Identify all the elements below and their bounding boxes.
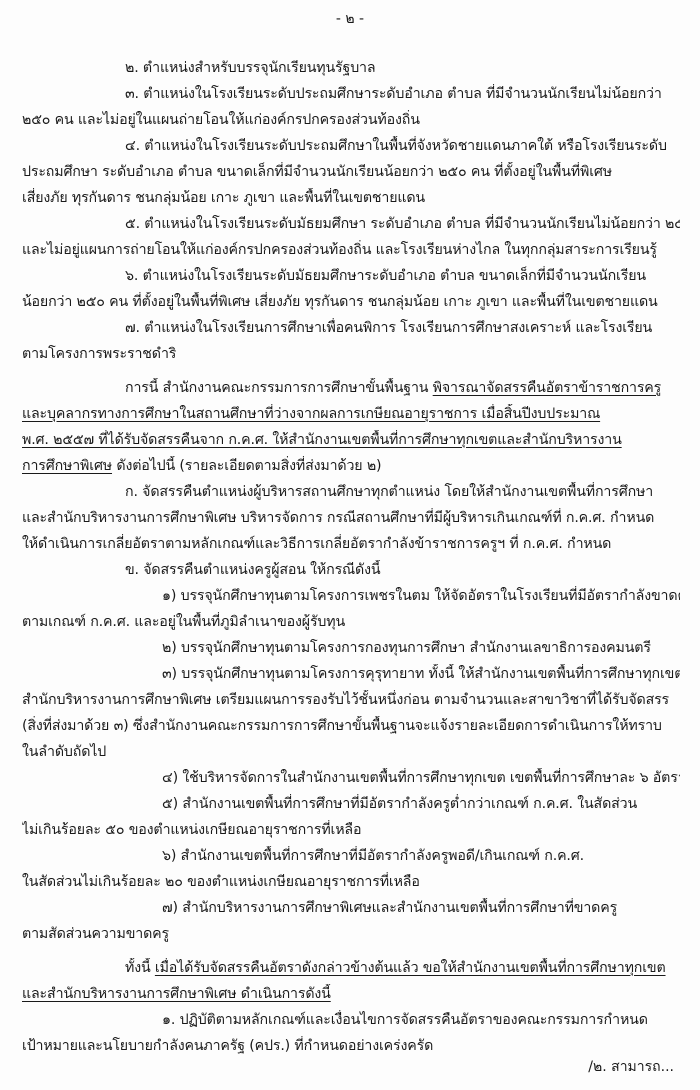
- text-line: ๔) ใช้บริหารจัดการในสำนักงานเขตพื้นที่กา…: [22, 768, 680, 788]
- main-paragraph-line-3: พ.ศ. ๒๕๕๗ ที่ได้รับจัดสรรคืนจาก ก.ค.ศ. ใ…: [22, 430, 680, 450]
- text-line: สำนักบริหารงานการศึกษาพิเศษ เตรียมแผนการ…: [22, 690, 680, 710]
- text-line: ๒. ตำแหน่งสำหรับบรรจุนักเรียนทุนรัฐบาล: [22, 58, 680, 78]
- underlined-text: พิจารณาจัดสรรคืนอัตราข้าราชการครู: [433, 380, 661, 396]
- text-line: น้อยกว่า ๒๕๐ คน ที่ตั้งอยู่ในพื้นที่พิเศ…: [22, 292, 680, 312]
- text-line: เป้าหมายและนโยบายกำลังคนภาครัฐ (คปร.) ที…: [22, 1036, 680, 1056]
- text-line: ให้ดำเนินการเกลี่ยอัตราตามหลักเกณฑ์และวิ…: [22, 534, 680, 554]
- text-line: ๕) สำนักงานเขตพื้นที่การศึกษาที่มีอัตราก…: [22, 794, 680, 814]
- main-paragraph-line-2: และบุคลากรทางการศึกษาในสถานศึกษาที่ว่างจ…: [22, 404, 680, 424]
- text-line: ตามโครงการพระราชดำริ: [22, 344, 680, 364]
- text-line: ๔. ตำแหน่งในโรงเรียนระดับประถมศึกษาในพื้…: [22, 136, 680, 156]
- text-line: ๑. ปฏิบัติตามหลักเกณฑ์และเงื่อนไขการจัดส…: [22, 1010, 680, 1030]
- main-paragraph-line-4: การศึกษาพิเศษ ดังต่อไปนี้ (รายละเอียดตาม…: [22, 456, 680, 476]
- text-line: และสำนักบริหารงานการศึกษาพิเศษ บริหารจัด…: [22, 508, 680, 528]
- text-line: ประถมศึกษา ระดับอำเภอ ตำบล ขนาดเล็กที่มี…: [22, 162, 680, 182]
- text-line: ๕. ตำแหน่งในโรงเรียนระดับมัธยมศึกษา ระดั…: [22, 214, 680, 234]
- text-line: ๒) บรรจุนักศึกษาทุนตามโครงการกองทุนการศึ…: [22, 638, 680, 658]
- text-line: ๑) บรรจุนักศึกษาทุนตามโครงการเพชรในตม ให…: [22, 586, 680, 606]
- text-line: ๗. ตำแหน่งในโรงเรียนการศึกษาเพื่อคนพิการ…: [22, 318, 680, 338]
- main-paragraph-line-1: การนี้ สำนักงานคณะกรรมการการศึกษาขั้นพื้…: [22, 378, 680, 398]
- text-line: ๖. ตำแหน่งในโรงเรียนระดับมัธยมศึกษาระดับ…: [22, 266, 680, 286]
- text-line: ๗) สำนักบริหารงานการศึกษาพิเศษและสำนักงา…: [22, 898, 680, 918]
- text-line: (สิ่งที่ส่งมาด้วย ๓) ซึ่งสำนักงานคณะกรรม…: [22, 716, 680, 736]
- underlined-text: เมื่อได้รับจัดสรรคืนอัตราดังกล่าวข้างต้น…: [155, 960, 666, 976]
- main-paragraph-text: ดังต่อไปนี้ (รายละเอียดตามสิ่งที่ส่งมาด้…: [112, 458, 381, 474]
- text-line: เสี่ยงภัย ทุรกันดาร ชนกลุ่มน้อย เกาะ ภูเ…: [22, 188, 680, 208]
- main-paragraph-text: การนี้ สำนักงานคณะกรรมการการศึกษาขั้นพื้…: [125, 380, 433, 396]
- text-line: ในสัดส่วนไม่เกินร้อยละ ๒๐ ของตำแหน่งเกษี…: [22, 872, 680, 892]
- continuation-marker: /๒. สามารถ...: [588, 1056, 674, 1078]
- closing-paragraph-line-1: ทั้งนี้ เมื่อได้รับจัดสรรคืนอัตราดังกล่า…: [22, 958, 680, 978]
- closing-paragraph-line-2: และสำนักบริหารงานการศึกษาพิเศษ ดำเนินการ…: [22, 984, 680, 1004]
- text-line: และไม่อยู่แผนการถ่ายโอนให้แก่องค์กรปกครอ…: [22, 240, 680, 260]
- text-line: ก. จัดสรรคืนตำแหน่งผู้บริหารสถานศึกษาทุก…: [22, 482, 680, 502]
- underlined-text: การศึกษาพิเศษ: [22, 458, 112, 474]
- document-page: - ๒ - ๒. ตำแหน่งสำหรับบรรจุนักเรียนทุนรั…: [0, 0, 700, 1090]
- page-number: - ๒ -: [0, 8, 700, 30]
- text-line: ตามเกณฑ์ ก.ค.ศ. และอยู่ในพื้นที่ภูมิลำเน…: [22, 612, 680, 632]
- text-line: ๓) บรรจุนักศึกษาทุนตามโครงการคุรุทายาท ท…: [22, 664, 680, 684]
- text-line: ข. จัดสรรคืนตำแหน่งครูผู้สอน ให้กรณีดังน…: [22, 560, 680, 580]
- text-line: ๓. ตำแหน่งในโรงเรียนระดับประถมศึกษาระดับ…: [22, 84, 680, 104]
- text-line: ในลำดับถัดไป: [22, 742, 680, 762]
- text-line: ไม่เกินร้อยละ ๕๐ ของตำแหน่งเกษียณอายุราช…: [22, 820, 680, 840]
- text-line: ๒๕๐ คน และไม่อยู่ในแผนถ่ายโอนให้แก่องค์ก…: [22, 110, 680, 130]
- text-line: ตามสัดส่วนความขาดครู: [22, 924, 680, 944]
- closing-paragraph-text: ทั้งนี้: [125, 960, 155, 976]
- text-line: ๖) สำนักงานเขตพื้นที่การศึกษาที่มีอัตราก…: [22, 846, 680, 866]
